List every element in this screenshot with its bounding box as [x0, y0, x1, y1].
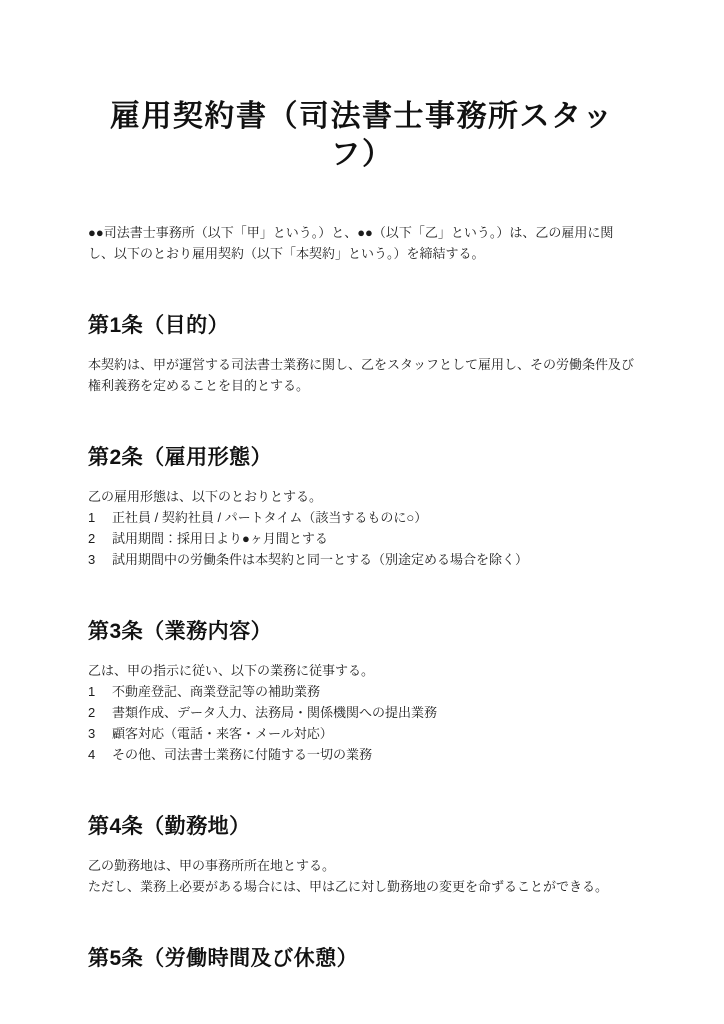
- item-number: 2: [88, 702, 112, 723]
- numbered-item: 2 試用期間：採用日より●ヶ月間とする: [88, 528, 636, 549]
- article-4-work-location: 第4条（勤務地） 乙の勤務地は、甲の事務所所在地とする。 ただし、業務上必要があ…: [88, 813, 636, 897]
- item-text: 書類作成、データ入力、法務局・関係機関への提出業務: [112, 702, 636, 723]
- item-number: 3: [88, 549, 112, 570]
- article-4-heading: 第4条（勤務地）: [88, 813, 636, 840]
- article-3-heading: 第3条（業務内容）: [88, 618, 636, 645]
- numbered-item: 4 その他、司法書士業務に付随する一切の業務: [88, 744, 636, 765]
- article-1-purpose: 第1条（目的） 本契約は、甲が運営する司法書士業務に関し、乙をスタッフとして雇用…: [88, 312, 636, 396]
- numbered-item: 3 顧客対応（電話・来客・メール対応）: [88, 723, 636, 744]
- item-text: その他、司法書士業務に付随する一切の業務: [112, 744, 636, 765]
- numbered-item: 1 正社員 / 契約社員 / パートタイム（該当するものに○）: [88, 507, 636, 528]
- intro-paragraph: ●●司法書士事務所（以下「甲」という。）と、●●（以下「乙」という。）は、乙の雇…: [88, 222, 636, 264]
- article-4-paragraph: ただし、業務上必要がある場合には、甲は乙に対し勤務地の変更を命ずることができる。: [88, 876, 636, 897]
- contract-document-page: 雇用契約書（司法書士事務所スタッフ） ●●司法書士事務所（以下「甲」という。）と…: [0, 0, 724, 1024]
- item-number: 1: [88, 681, 112, 702]
- article-3-lead: 乙は、甲の指示に従い、以下の業務に従事する。: [88, 660, 636, 681]
- item-text: 正社員 / 契約社員 / パートタイム（該当するものに○）: [112, 507, 636, 528]
- article-2-heading: 第2条（雇用形態）: [88, 444, 636, 471]
- item-number: 4: [88, 744, 112, 765]
- article-5-heading: 第5条（労働時間及び休憩）: [88, 945, 636, 972]
- article-1-paragraph: 本契約は、甲が運営する司法書士業務に関し、乙をスタッフとして雇用し、その労働条件…: [88, 354, 636, 396]
- item-text: 顧客対応（電話・来客・メール対応）: [112, 723, 636, 744]
- item-number: 2: [88, 528, 112, 549]
- article-2-item-list: 1 正社員 / 契約社員 / パートタイム（該当するものに○） 2 試用期間：採…: [88, 507, 636, 570]
- item-number: 1: [88, 507, 112, 528]
- document-title: 雇用契約書（司法書士事務所スタッフ）: [88, 98, 636, 174]
- article-4-paragraph: 乙の勤務地は、甲の事務所所在地とする。: [88, 855, 636, 876]
- item-number: 3: [88, 723, 112, 744]
- item-text: 試用期間中の労働条件は本契約と同一とする（別途定める場合を除く）: [112, 549, 636, 570]
- article-2-employment-type: 第2条（雇用形態） 乙の雇用形態は、以下のとおりとする。 1 正社員 / 契約社…: [88, 444, 636, 570]
- item-text: 不動産登記、商業登記等の補助業務: [112, 681, 636, 702]
- article-1-heading: 第1条（目的）: [88, 312, 636, 339]
- article-3-item-list: 1 不動産登記、商業登記等の補助業務 2 書類作成、データ入力、法務局・関係機関…: [88, 681, 636, 765]
- article-5-working-hours: 第5条（労働時間及び休憩）: [88, 945, 636, 972]
- numbered-item: 2 書類作成、データ入力、法務局・関係機関への提出業務: [88, 702, 636, 723]
- article-2-lead: 乙の雇用形態は、以下のとおりとする。: [88, 486, 636, 507]
- numbered-item: 1 不動産登記、商業登記等の補助業務: [88, 681, 636, 702]
- numbered-item: 3 試用期間中の労働条件は本契約と同一とする（別途定める場合を除く）: [88, 549, 636, 570]
- item-text: 試用期間：採用日より●ヶ月間とする: [112, 528, 636, 549]
- article-3-duties: 第3条（業務内容） 乙は、甲の指示に従い、以下の業務に従事する。 1 不動産登記…: [88, 618, 636, 765]
